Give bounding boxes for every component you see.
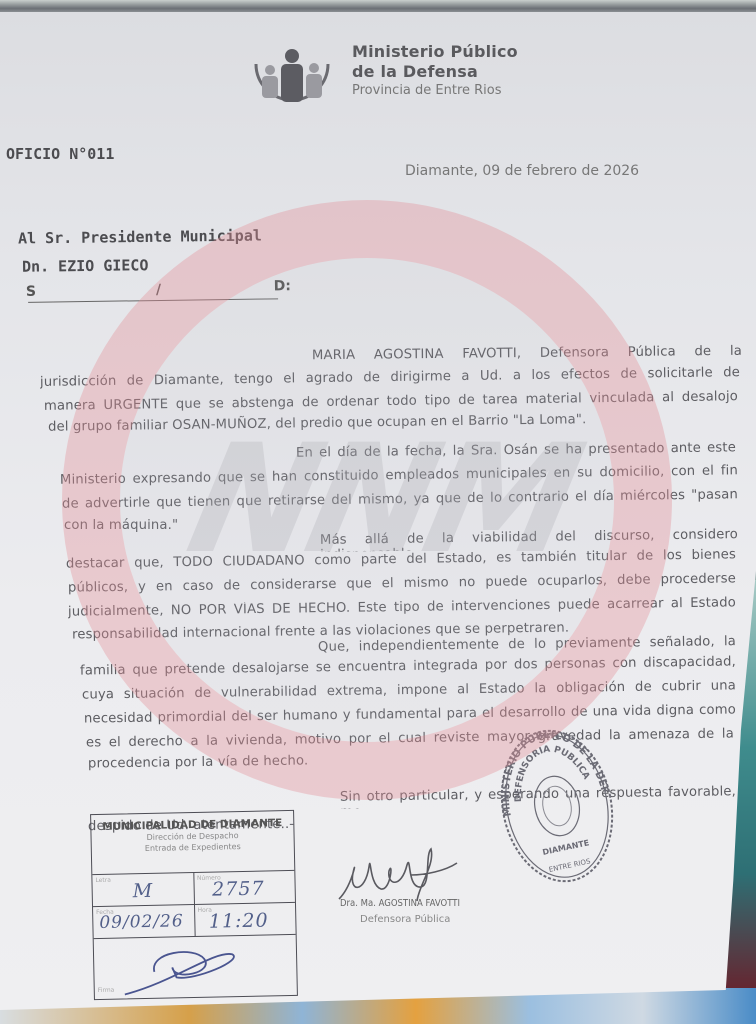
firma-label: Firma bbox=[98, 987, 115, 994]
document-date: Diamante, 09 de febrero de 2026 bbox=[405, 163, 639, 179]
body-line: MARIA AGOSTINA FAVOTTI, Defensora Públic… bbox=[312, 344, 742, 368]
body-line: procedencia por la vía de hecho. bbox=[88, 753, 308, 771]
body-line: necesidad primordial del ser humano y fu… bbox=[84, 702, 736, 730]
body-line: manera URGENTE que se abstenga de ordena… bbox=[44, 389, 738, 418]
stamp-row-letra-numero: Letra M Número 2757 bbox=[92, 871, 295, 907]
body-line: jurisdicción de Diamante, tengo el agrad… bbox=[40, 365, 740, 394]
numero-value: 2757 bbox=[212, 878, 265, 901]
document-content: Ministerio Público de la Defensa Provinc… bbox=[0, 0, 756, 1024]
hora-value: 11:20 bbox=[209, 909, 269, 932]
recipient-title: Al Sr. Presidente Municipal bbox=[18, 227, 262, 248]
stamp-firma-cell: Firma bbox=[94, 935, 297, 997]
reception-signature-icon bbox=[114, 940, 265, 999]
body-line: con la máquina." bbox=[64, 518, 178, 533]
stamp-row-firma: Firma bbox=[94, 935, 297, 997]
letra-value: M bbox=[132, 880, 153, 902]
body-line: de advertirle que tienen que retirarse d… bbox=[62, 487, 738, 515]
sd-s: S bbox=[26, 284, 36, 300]
signatory-role: Defensora Pública bbox=[360, 914, 450, 925]
handwritten-signature-icon bbox=[335, 845, 465, 905]
org-line-2: de la Defensa bbox=[352, 62, 518, 82]
stamp-fecha-cell: Fecha 09/02/26 bbox=[93, 905, 194, 938]
body-line: destacar que, TODO CIUDADANO como parte … bbox=[66, 547, 736, 575]
stamp-numero-cell: Número 2757 bbox=[193, 871, 295, 904]
body-line: es el derecho a la vivienda, motivo por … bbox=[86, 726, 734, 754]
people-silhouettes-icon bbox=[250, 44, 334, 108]
org-line-1: Ministerio Público bbox=[352, 42, 518, 62]
body-line: judicialmente, NO POR VÍAS DE HECHO. Est… bbox=[68, 595, 736, 623]
body-line: En el día de la fecha, la Sra. Osán se h… bbox=[296, 440, 736, 464]
letra-label: Letra bbox=[95, 877, 111, 884]
stamp-letra-cell: Letra M bbox=[92, 873, 193, 906]
recipient-name: Dn. EZIO GIECO bbox=[22, 256, 149, 276]
body-line: públicos, y en caso de considerarse que … bbox=[68, 571, 736, 599]
sd-slash: / bbox=[156, 282, 161, 298]
seal-city: DIAMANTE bbox=[542, 838, 590, 857]
stamp-row-fecha-hora: Fecha 09/02/26 Hora 11:20 bbox=[93, 903, 296, 939]
body-line: Ministerio expresando que se han constit… bbox=[60, 463, 738, 491]
organization-name: Ministerio Público de la Defensa Provinc… bbox=[352, 42, 518, 100]
stamp-hora-cell: Hora 11:20 bbox=[194, 903, 296, 936]
body-line: cuya situación de vulnerabilidad extrema… bbox=[82, 678, 736, 706]
signatory-name: Dra. Ma. AGOSTINA FAVOTTI bbox=[340, 898, 460, 909]
reception-stamp: MUNICIPALIDAD DE DIAMANTE Dirección de D… bbox=[90, 810, 298, 1000]
salutation-line: S / D: bbox=[26, 280, 291, 306]
body-line: familia que pretende desalojarse se encu… bbox=[80, 654, 736, 682]
oficio-number: OFICIO N°011 bbox=[6, 145, 114, 163]
salutation-rule bbox=[28, 298, 278, 302]
fecha-value: 09/02/26 bbox=[99, 911, 184, 933]
stamp-header: MUNICIPALIDAD DE DIAMANTE Dirección de D… bbox=[91, 811, 294, 875]
sd-d: D: bbox=[274, 278, 291, 294]
org-line-3: Provincia de Entre Rios bbox=[352, 82, 518, 100]
